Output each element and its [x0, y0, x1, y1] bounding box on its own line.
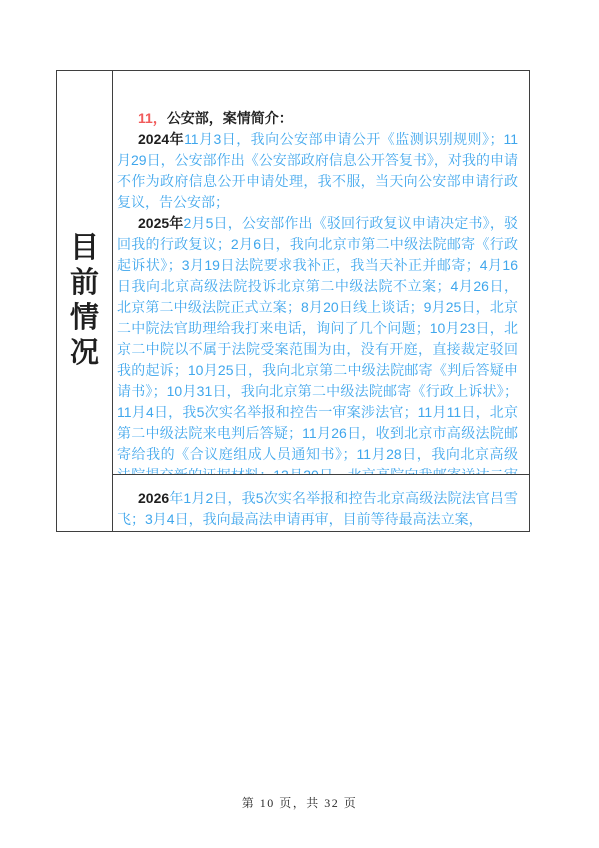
year-2026-label: 2026: [138, 490, 169, 506]
document-page: 目 前 情 况 11，公安部，案情简介： 2024年11月3日，我向公安部申请公…: [0, 0, 599, 848]
case-number: 11，: [138, 110, 167, 126]
page-number-footer: 第 10 页，共 32 页: [0, 794, 599, 811]
year-2024-label: 2024年: [138, 131, 184, 147]
content-column: 11，公安部，案情简介： 2024年11月3日，我向公安部申请公开《监测识别规则…: [113, 71, 529, 531]
timeline-paragraph-2026: 2026年1月2日，我5次实名举报和控告北京高级法院法官吕雪飞；3月4日，我向最…: [117, 488, 518, 530]
row-label-current-status: 目 前 情 况: [70, 231, 99, 371]
case-heading-title: 公安部，案情简介：: [167, 110, 293, 126]
case-status-table: 目 前 情 况 11，公安部，案情简介： 2024年11月3日，我向公安部申请公…: [56, 70, 530, 532]
year-2025-label: 2025年: [138, 215, 183, 231]
case-summary-cell: 11，公安部，案情简介： 2024年11月3日，我向公安部申请公开《监测识别规则…: [113, 71, 529, 475]
row-label-char-4: 况: [70, 336, 99, 371]
timeline-2025-text: 2月5日，公安部作出《驳回行政复议申请决定书》，驳回我的行政复议；2月6日，我向…: [117, 215, 518, 475]
row-label-char-3: 情: [70, 301, 99, 336]
case-heading: 11，公安部，案情简介：: [117, 108, 518, 129]
row-header-current-status: 目 前 情 况: [57, 71, 113, 531]
timeline-paragraph-2025: 2025年2月5日，公安部作出《驳回行政复议申请决定书》，驳回我的行政复议；2月…: [117, 213, 518, 475]
row-label-char-1: 目: [70, 231, 99, 266]
latest-update-cell: 2026年1月2日，我5次实名举报和控告北京高级法院法官吕雪飞；3月4日，我向最…: [113, 475, 529, 531]
timeline-paragraph-2024: 2024年11月3日，我向公安部申请公开《监测识别规则》；11月29日，公安部作…: [117, 129, 518, 213]
row-label-char-2: 前: [70, 266, 99, 301]
timeline-2026-text: 年1月2日，我5次实名举报和控告北京高级法院法官吕雪飞；3月4日，我向最高法申请…: [117, 490, 518, 527]
